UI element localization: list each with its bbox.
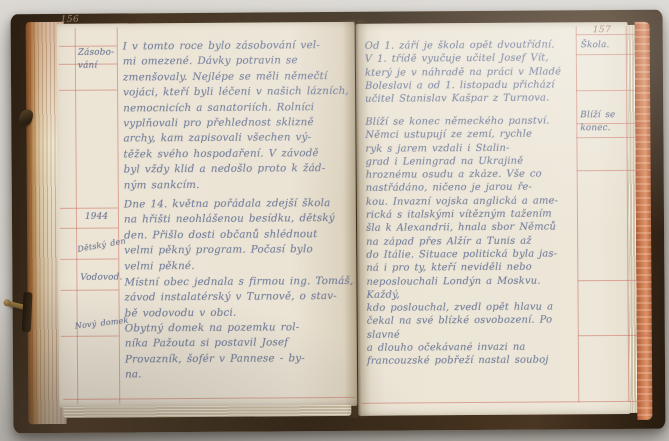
paragraph-end-approaches: Blíží se konec německého panství. Němci … xyxy=(365,114,578,368)
clasp-pin-ball xyxy=(4,299,11,306)
paragraph-childrens-day: Dne 14. května pořádala zdejší škola na … xyxy=(124,196,356,275)
paragraph-school: Od 1. září je škola opět dvoutřídní. V 1… xyxy=(365,38,576,106)
paragraph-waterworks: Místní obec jednala s firmou ing. Tomáš,… xyxy=(124,274,355,322)
photo-scene: 156 157 Zásobo- vání 1944 Dětský den Vod… xyxy=(0,0,669,441)
paragraph-new-house: Obytný domek na pozemku rol- níka Pažout… xyxy=(125,320,356,383)
page-number-left: 156 xyxy=(61,15,80,25)
margin-note-blizi-se-konec: Blíží se konec. xyxy=(580,109,615,135)
clasp-strap-lower xyxy=(22,292,33,332)
open-chronicle-book: 156 157 Zásobo- vání 1944 Dětský den Vod… xyxy=(0,0,669,441)
left-bottom-sheet-edges xyxy=(63,405,351,418)
red-sprayed-edge xyxy=(635,22,653,420)
page-number-right: 157 xyxy=(593,25,612,35)
margin-note-skola: Škola. xyxy=(581,39,610,52)
paragraph-supply: I v tomto roce bylo zásobování vel- mi o… xyxy=(123,38,355,194)
margin-note-vodovod: Vodovod. xyxy=(80,271,122,284)
margin-note-1944: 1944 xyxy=(85,211,108,224)
margin-note-zasobovani: Zásobo- vání xyxy=(78,47,118,73)
